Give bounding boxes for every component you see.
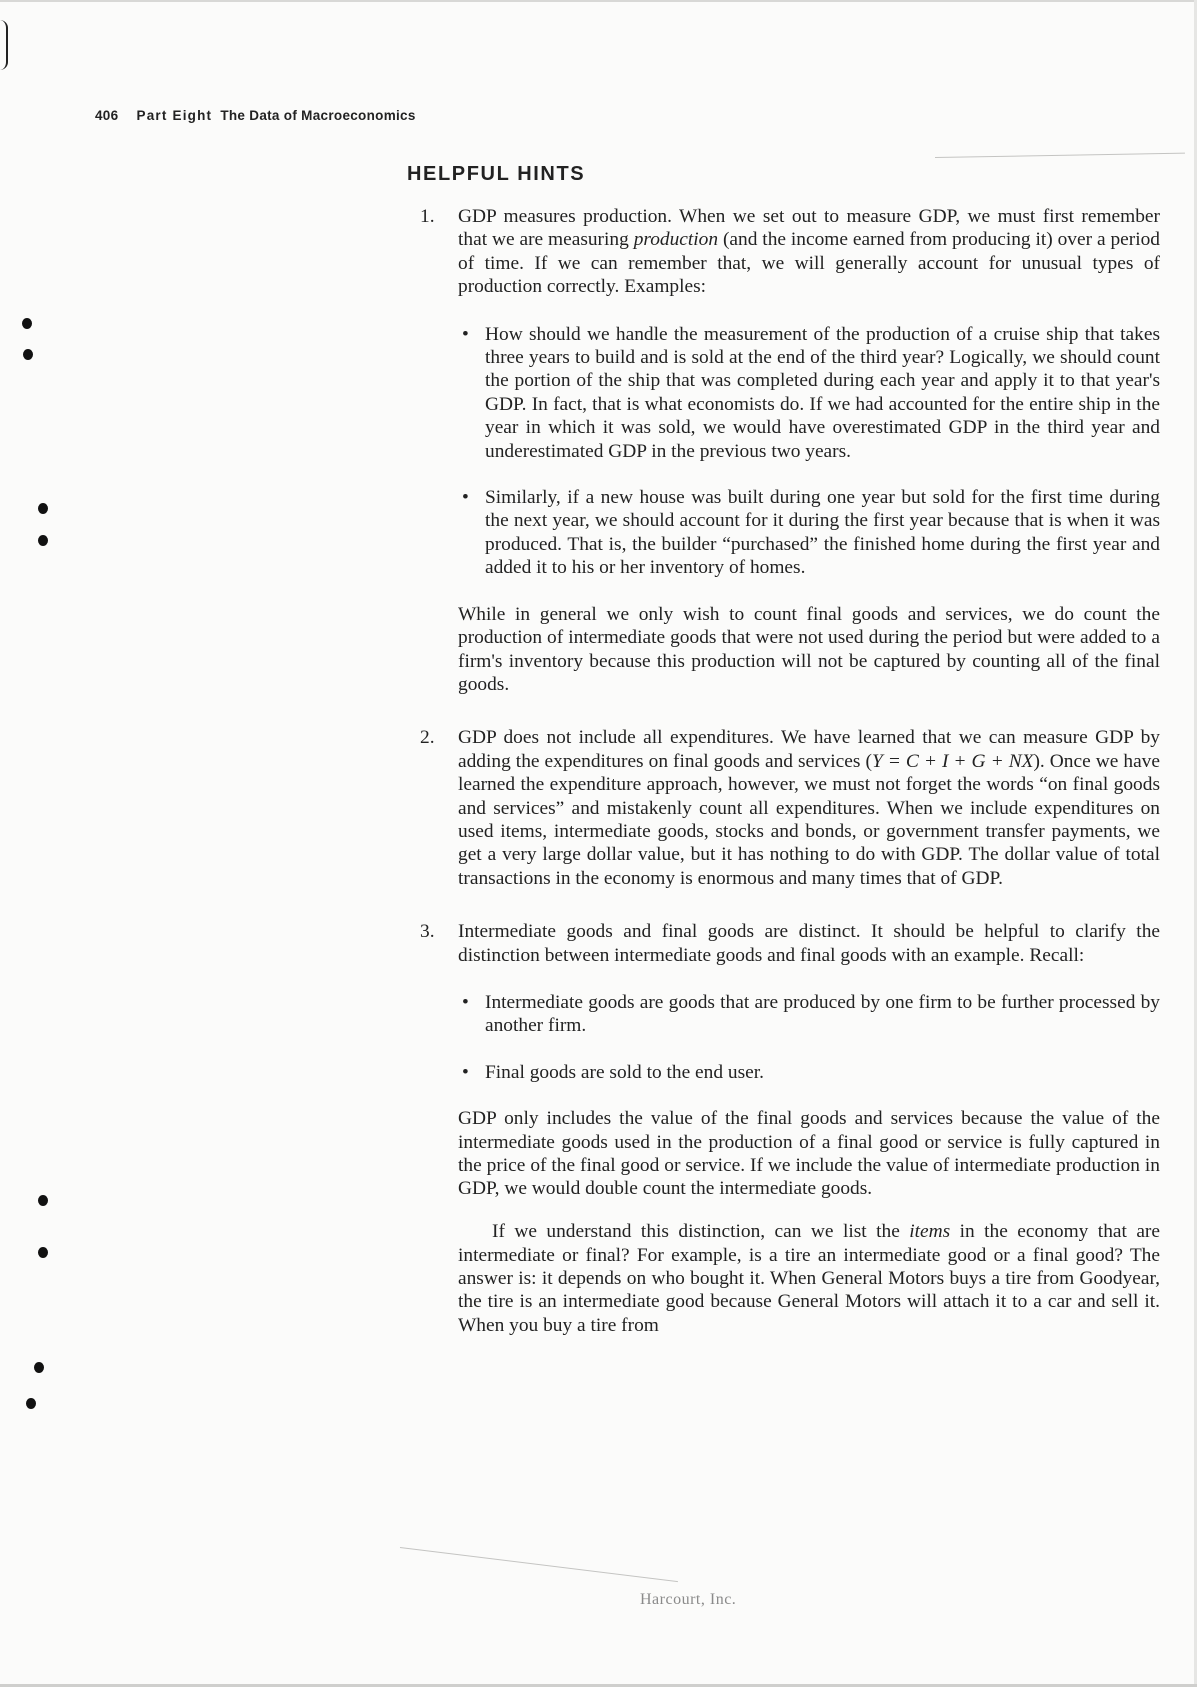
bullet-list: • How should we handle the measurement o… <box>458 323 1160 580</box>
hint-number: 1. <box>420 205 435 228</box>
hint-item: 2. GDP does not include all expenditures… <box>420 726 1160 890</box>
punch-hole-mark <box>38 1195 48 1206</box>
part-label: Part Eight <box>137 108 213 123</box>
emphasis-text: items <box>909 1221 950 1242</box>
bullet-text: Similarly, if a new house was built duri… <box>485 487 1160 578</box>
bullet-icon: • <box>462 486 469 509</box>
bullet-item: • Final goods are sold to the end user. <box>458 1061 1160 1084</box>
page-number: 406 <box>95 108 118 123</box>
punch-hole-mark <box>26 1398 36 1409</box>
scan-artifact-line <box>935 153 1185 158</box>
bullet-text: Intermediate goods are goods that are pr… <box>485 992 1160 1036</box>
hint-number: 2. <box>420 726 435 749</box>
hint-text: If we understand this distinction, can w… <box>492 1221 909 1242</box>
bullet-icon: • <box>462 323 469 346</box>
bullet-text: Final goods are sold to the end user. <box>485 1062 764 1083</box>
punch-hole-mark <box>23 349 33 360</box>
emphasis-text: production <box>634 229 718 250</box>
section-heading: HELPFUL HINTS <box>407 163 585 186</box>
hint-paragraph: GDP does not include all expenditures. W… <box>458 726 1160 890</box>
bullet-text: How should we handle the measurement of … <box>485 324 1160 462</box>
hint-item: 3. Intermediate goods and final goods ar… <box>420 920 1160 1337</box>
publisher-footer: Harcourt, Inc. <box>640 1591 736 1609</box>
punch-hole-mark <box>34 1362 44 1373</box>
hint-paragraph: If we understand this distinction, can w… <box>458 1220 1160 1337</box>
punch-hole-mark <box>38 503 48 514</box>
chapter-title: The Data of Macroeconomics <box>220 108 415 123</box>
punch-hole-mark <box>22 318 32 329</box>
bullet-item: • Intermediate goods are goods that are … <box>458 991 1160 1038</box>
scan-artifact-line <box>400 1547 678 1582</box>
bullet-list: • Intermediate goods are goods that are … <box>458 991 1160 1084</box>
hint-paragraph: GDP only includes the value of the final… <box>458 1107 1160 1201</box>
gdp-formula: Y = C + I + G + NX <box>872 751 1034 772</box>
running-head: 406 Part Eight The Data of Macroeconomic… <box>95 108 416 123</box>
hint-paragraph: GDP measures production. When we set out… <box>458 205 1160 299</box>
hint-paragraph: While in general we only wish to count f… <box>458 603 1160 697</box>
scan-corner-mark <box>0 20 8 70</box>
punch-hole-mark <box>38 1247 48 1258</box>
hint-paragraph: Intermediate goods and final goods are d… <box>458 920 1160 967</box>
bullet-icon: • <box>462 1061 469 1084</box>
bullet-item: • Similarly, if a new house was built du… <box>458 486 1160 580</box>
page-edge-top <box>0 0 1197 2</box>
hint-item: 1. GDP measures production. When we set … <box>420 205 1160 696</box>
bullet-item: • How should we handle the measurement o… <box>458 323 1160 463</box>
punch-hole-mark <box>38 535 48 546</box>
bullet-icon: • <box>462 991 469 1014</box>
hints-content: 1. GDP measures production. When we set … <box>420 205 1160 1367</box>
hint-number: 3. <box>420 920 435 943</box>
